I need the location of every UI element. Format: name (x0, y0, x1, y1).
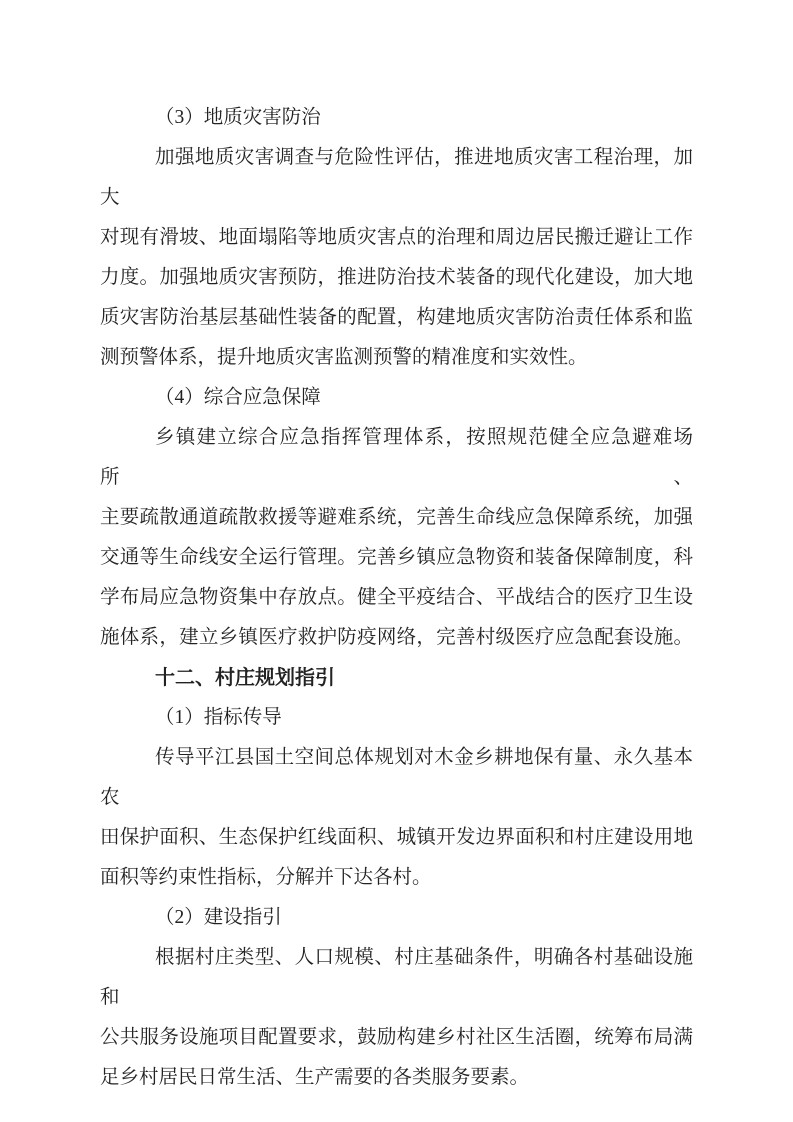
paragraph-line: 质灾害防治基层基础性装备的配置，构建地质灾害防治责任体系和监 (100, 298, 693, 338)
paragraph-line: 力度。加强地质灾害预防，推进防治技术装备的现代化建设，加大地 (100, 258, 693, 298)
paragraph-line: 对现有滑坡、地面塌陷等地质灾害点的治理和周边居民搬迁避让工作 (100, 218, 693, 258)
paragraph-line: 学布局应急物资集中存放点。健全平疫结合、平战结合的医疗卫生设 (100, 578, 693, 618)
paragraph-line: 根据村庄类型、人口规模、村庄基础条件，明确各村基础设施和 (100, 938, 693, 1018)
sub-heading: （4）综合应急保障 (100, 378, 693, 418)
document-content: （3）地质灾害防治加强地质灾害调查与危险性评估，推进地质灾害工程治理，加大对现有… (100, 98, 693, 1098)
paragraph-line: 施体系，建立乡镇医疗救护防疫网络，完善村级医疗应急配套设施。 (100, 618, 693, 658)
paragraph-line: 交通等生命线安全运行管理。完善乡镇应急物资和装备保障制度，科 (100, 538, 693, 578)
document-page: （3）地质灾害防治加强地质灾害调查与危险性评估，推进地质灾害工程治理，加大对现有… (0, 0, 793, 1122)
paragraph-line: 田保护面积、生态保护红线面积、城镇开发边界面积和村庄建设用地 (100, 818, 693, 858)
sub-heading: （2）建设指引 (100, 898, 693, 938)
paragraph-line: 测预警体系，提升地质灾害监测预警的精准度和实效性。 (100, 338, 693, 378)
paragraph-line: 足乡村居民日常生活、生产需要的各类服务要素。 (100, 1058, 693, 1098)
paragraph-line: 传导平江县国土空间总体规划对木金乡耕地保有量、永久基本农 (100, 738, 693, 818)
paragraph-line: 主要疏散通道疏散救援等避难系统，完善生命线应急保障系统，加强 (100, 498, 693, 538)
paragraph-line: 加强地质灾害调查与危险性评估，推进地质灾害工程治理，加大 (100, 138, 693, 218)
paragraph-line: 乡镇建立综合应急指挥管理体系，按照规范健全应急避难场所、 (100, 418, 693, 498)
paragraph-line: 公共服务设施项目配置要求，鼓励构建乡村社区生活圈，统筹布局满 (100, 1018, 693, 1058)
section-heading: 十二、村庄规划指引 (100, 658, 693, 698)
sub-heading: （1）指标传导 (100, 698, 693, 738)
paragraph-line: 面积等约束性指标，分解并下达各村。 (100, 858, 693, 898)
sub-heading: （3）地质灾害防治 (100, 98, 693, 138)
